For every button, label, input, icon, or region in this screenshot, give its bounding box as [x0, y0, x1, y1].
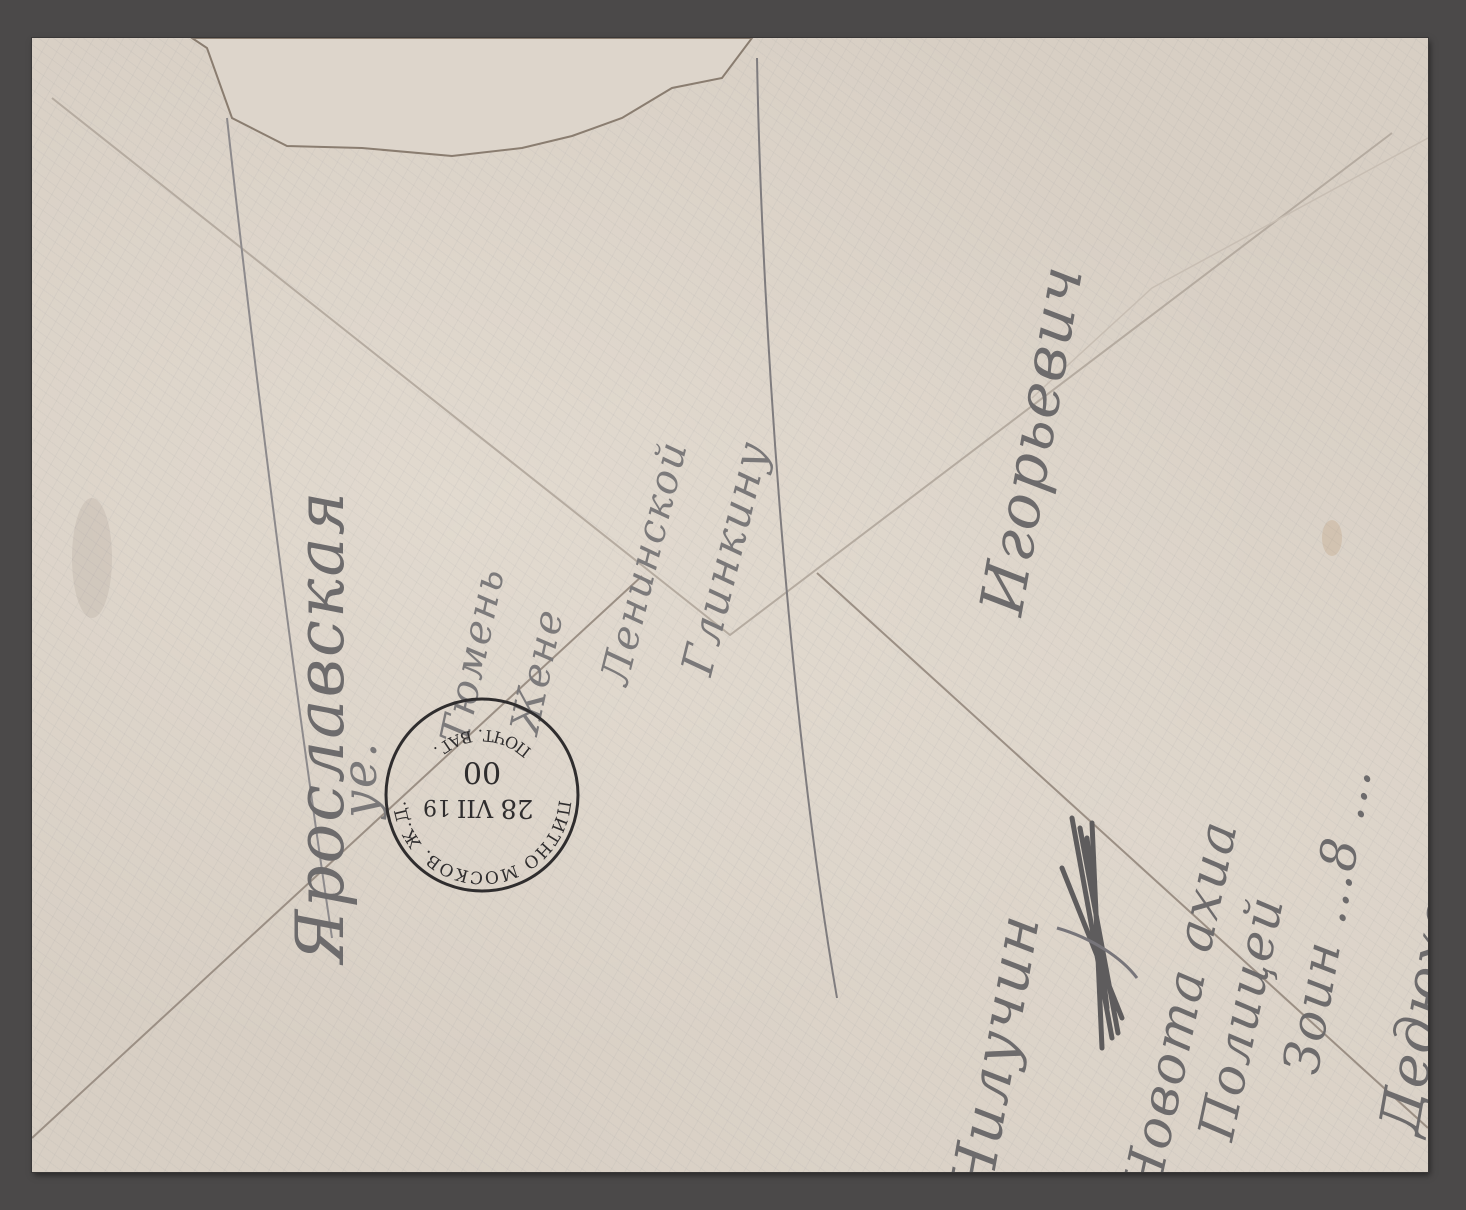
postmark-day: 28	[500, 793, 533, 823]
envelope-back: Ярославская уе. Тюмень Жене Ленинской Гл…	[32, 38, 1428, 1172]
handwriting-left-column: Ярославская	[282, 490, 359, 963]
postmark-stamp: ПИТНО МОСКОВ. Ж.Д. ПОЧТ. ВАГ. 28 VII 19 …	[377, 690, 587, 900]
crossed-out-word	[1052, 808, 1142, 1068]
postmark-year-suffix: 00	[463, 754, 501, 789]
postmark-month: VII	[457, 794, 494, 822]
envelope-photo: Ярославская уе. Тюмень Жене Ленинской Гл…	[0, 0, 1466, 1210]
postmark-year-prefix: 19	[423, 794, 451, 819]
